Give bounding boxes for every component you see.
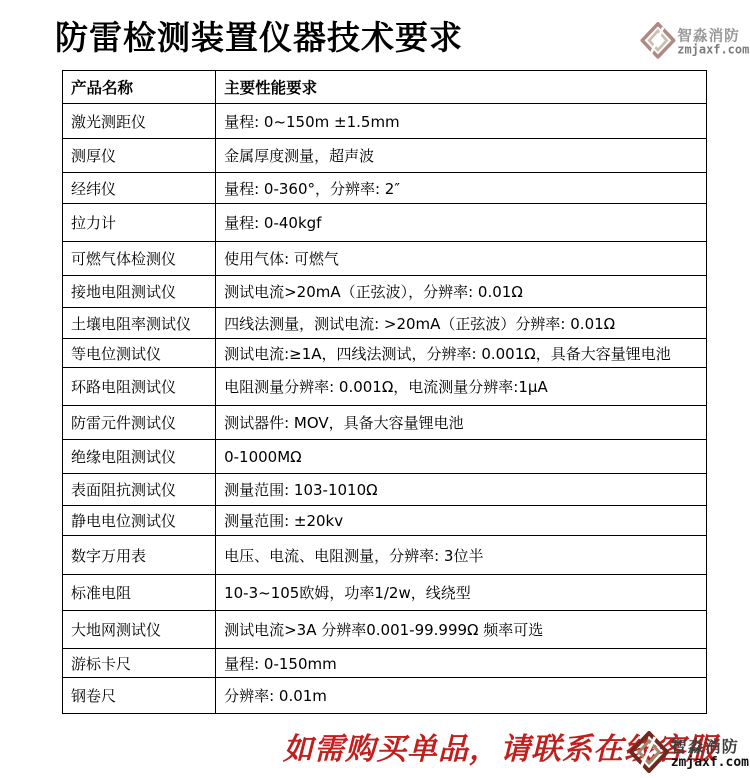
table-row: 拉力计量程: 0-40kgf — [63, 204, 707, 242]
product-name-cell: 大地网测试仪 — [63, 611, 216, 649]
product-name-cell: 数字万用表 — [63, 536, 216, 575]
spec-cell: 量程: 0-360°，分辨率: 2″ — [216, 173, 707, 204]
product-name-cell: 标准电阻 — [63, 575, 216, 611]
spec-cell: 金属厚度测量，超声波 — [216, 139, 707, 173]
table-row: 经纬仪量程: 0-360°，分辨率: 2″ — [63, 173, 707, 204]
product-name-cell: 可燃气体检测仪 — [63, 242, 216, 276]
table-row: 钢卷尺分辨率: 0.01m — [63, 678, 707, 714]
spec-cell: 分辨率: 0.01m — [216, 678, 707, 714]
table-row: 测厚仪金属厚度测量，超声波 — [63, 139, 707, 173]
table-row: 土壤电阻率测试仪四线法测量，测试电流: >20mA（正弦波）分辨率: 0.01Ω — [63, 308, 707, 339]
table-row: 防雷元件测试仪测试器件: MOV，具备大容量锂电池 — [63, 406, 707, 440]
table-row: 数字万用表电压、电流、电阻测量，分辨率: 3位半 — [63, 536, 707, 575]
table-row: 大地网测试仪测试电流>3A 分辨率0.001-99.999Ω 频率可选 — [63, 611, 707, 649]
spec-cell: 0-1000MΩ — [216, 440, 707, 474]
page-title: 防雷检测装置仪器技术要求 — [55, 12, 463, 59]
table-row: 等电位测试仪测试电流:≥1A，四线法测试，分辨率: 0.001Ω，具备大容量锂电… — [63, 339, 707, 368]
spec-cell: 10-3~105欧姆，功率1/2w，线绕型 — [216, 575, 707, 611]
product-name-cell: 土壤电阻率测试仪 — [63, 308, 216, 339]
spec-cell: 四线法测量，测试电流: >20mA（正弦波）分辨率: 0.01Ω — [216, 308, 707, 339]
header-performance: 主要性能要求 — [216, 71, 707, 104]
spec-table: 产品名称 主要性能要求 激光测距仪量程: 0~150m ±1.5mm 测厚仪金属… — [62, 70, 707, 714]
zhimiao-diamond-logo-icon — [629, 731, 669, 777]
spec-cell: 量程: 0-150mm — [216, 649, 707, 678]
table-row: 标准电阻10-3~105欧姆，功率1/2w，线绕型 — [63, 575, 707, 611]
product-name-cell: 钢卷尺 — [63, 678, 216, 714]
table-row: 环路电阻测试仪电阻测量分辨率: 0.001Ω，电流测量分辨率:1μA — [63, 368, 707, 406]
spec-cell: 使用气体: 可燃气 — [216, 242, 707, 276]
product-name-cell: 环路电阻测试仪 — [63, 368, 216, 406]
table-header-row: 产品名称 主要性能要求 — [63, 71, 707, 104]
watermark-text: 智淼消防 zmjaxf.com — [677, 28, 749, 56]
spec-cell: 电阻测量分辨率: 0.001Ω，电流测量分辨率:1μA — [216, 368, 707, 406]
product-name-cell: 绝缘电阻测试仪 — [63, 440, 216, 474]
table-row: 游标卡尺量程: 0-150mm — [63, 649, 707, 678]
product-name-cell: 等电位测试仪 — [63, 339, 216, 368]
spec-cell: 量程: 0-40kgf — [216, 204, 707, 242]
product-name-cell: 激光测距仪 — [63, 104, 216, 139]
watermark-text: 智淼消防 zmjaxf.com — [671, 739, 749, 769]
table-row: 可燃气体检测仪使用气体: 可燃气 — [63, 242, 707, 276]
spec-cell: 电压、电流、电阻测量，分辨率: 3位半 — [216, 536, 707, 575]
table-row: 表面阻抗测试仪测量范围: 103-1010Ω — [63, 474, 707, 506]
spec-cell: 测试电流>3A 分辨率0.001-99.999Ω 频率可选 — [216, 611, 707, 649]
spec-cell: 测量范围: 103-1010Ω — [216, 474, 707, 506]
table-row: 接地电阻测试仪测试电流>20mA（正弦波），分辨率: 0.01Ω — [63, 276, 707, 308]
product-name-cell: 静电电位测试仪 — [63, 506, 216, 536]
spec-cell: 测试器件: MOV，具备大容量锂电池 — [216, 406, 707, 440]
header-product-name: 产品名称 — [63, 71, 216, 104]
product-name-cell: 拉力计 — [63, 204, 216, 242]
product-name-cell: 表面阻抗测试仪 — [63, 474, 216, 506]
spec-cell: 测量范围: ±20kv — [216, 506, 707, 536]
watermark-site-label: zmjaxf.com — [677, 44, 749, 57]
watermark-brand-label: 智淼消防 — [677, 28, 749, 43]
watermark-top-right: 智淼消防 zmjaxf.com — [640, 22, 749, 62]
table-row: 绝缘电阻测试仪0-1000MΩ — [63, 440, 707, 474]
zhimiao-diamond-logo-icon — [640, 22, 675, 62]
table-row: 静电电位测试仪测量范围: ±20kv — [63, 506, 707, 536]
spec-cell: 量程: 0~150m ±1.5mm — [216, 104, 707, 139]
spec-cell: 测试电流>20mA（正弦波），分辨率: 0.01Ω — [216, 276, 707, 308]
product-name-cell: 测厚仪 — [63, 139, 216, 173]
watermark-brand-label: 智淼消防 — [671, 739, 749, 756]
product-name-cell: 接地电阻测试仪 — [63, 276, 216, 308]
watermark-site-label: zmjaxf.com — [671, 756, 749, 770]
spec-cell: 测试电流:≥1A，四线法测试，分辨率: 0.001Ω，具备大容量锂电池 — [216, 339, 707, 368]
product-name-cell: 防雷元件测试仪 — [63, 406, 216, 440]
product-name-cell: 经纬仪 — [63, 173, 216, 204]
product-name-cell: 游标卡尺 — [63, 649, 216, 678]
table-row: 激光测距仪量程: 0~150m ±1.5mm — [63, 104, 707, 139]
watermark-bottom-right: 智淼消防 zmjaxf.com — [629, 731, 749, 777]
